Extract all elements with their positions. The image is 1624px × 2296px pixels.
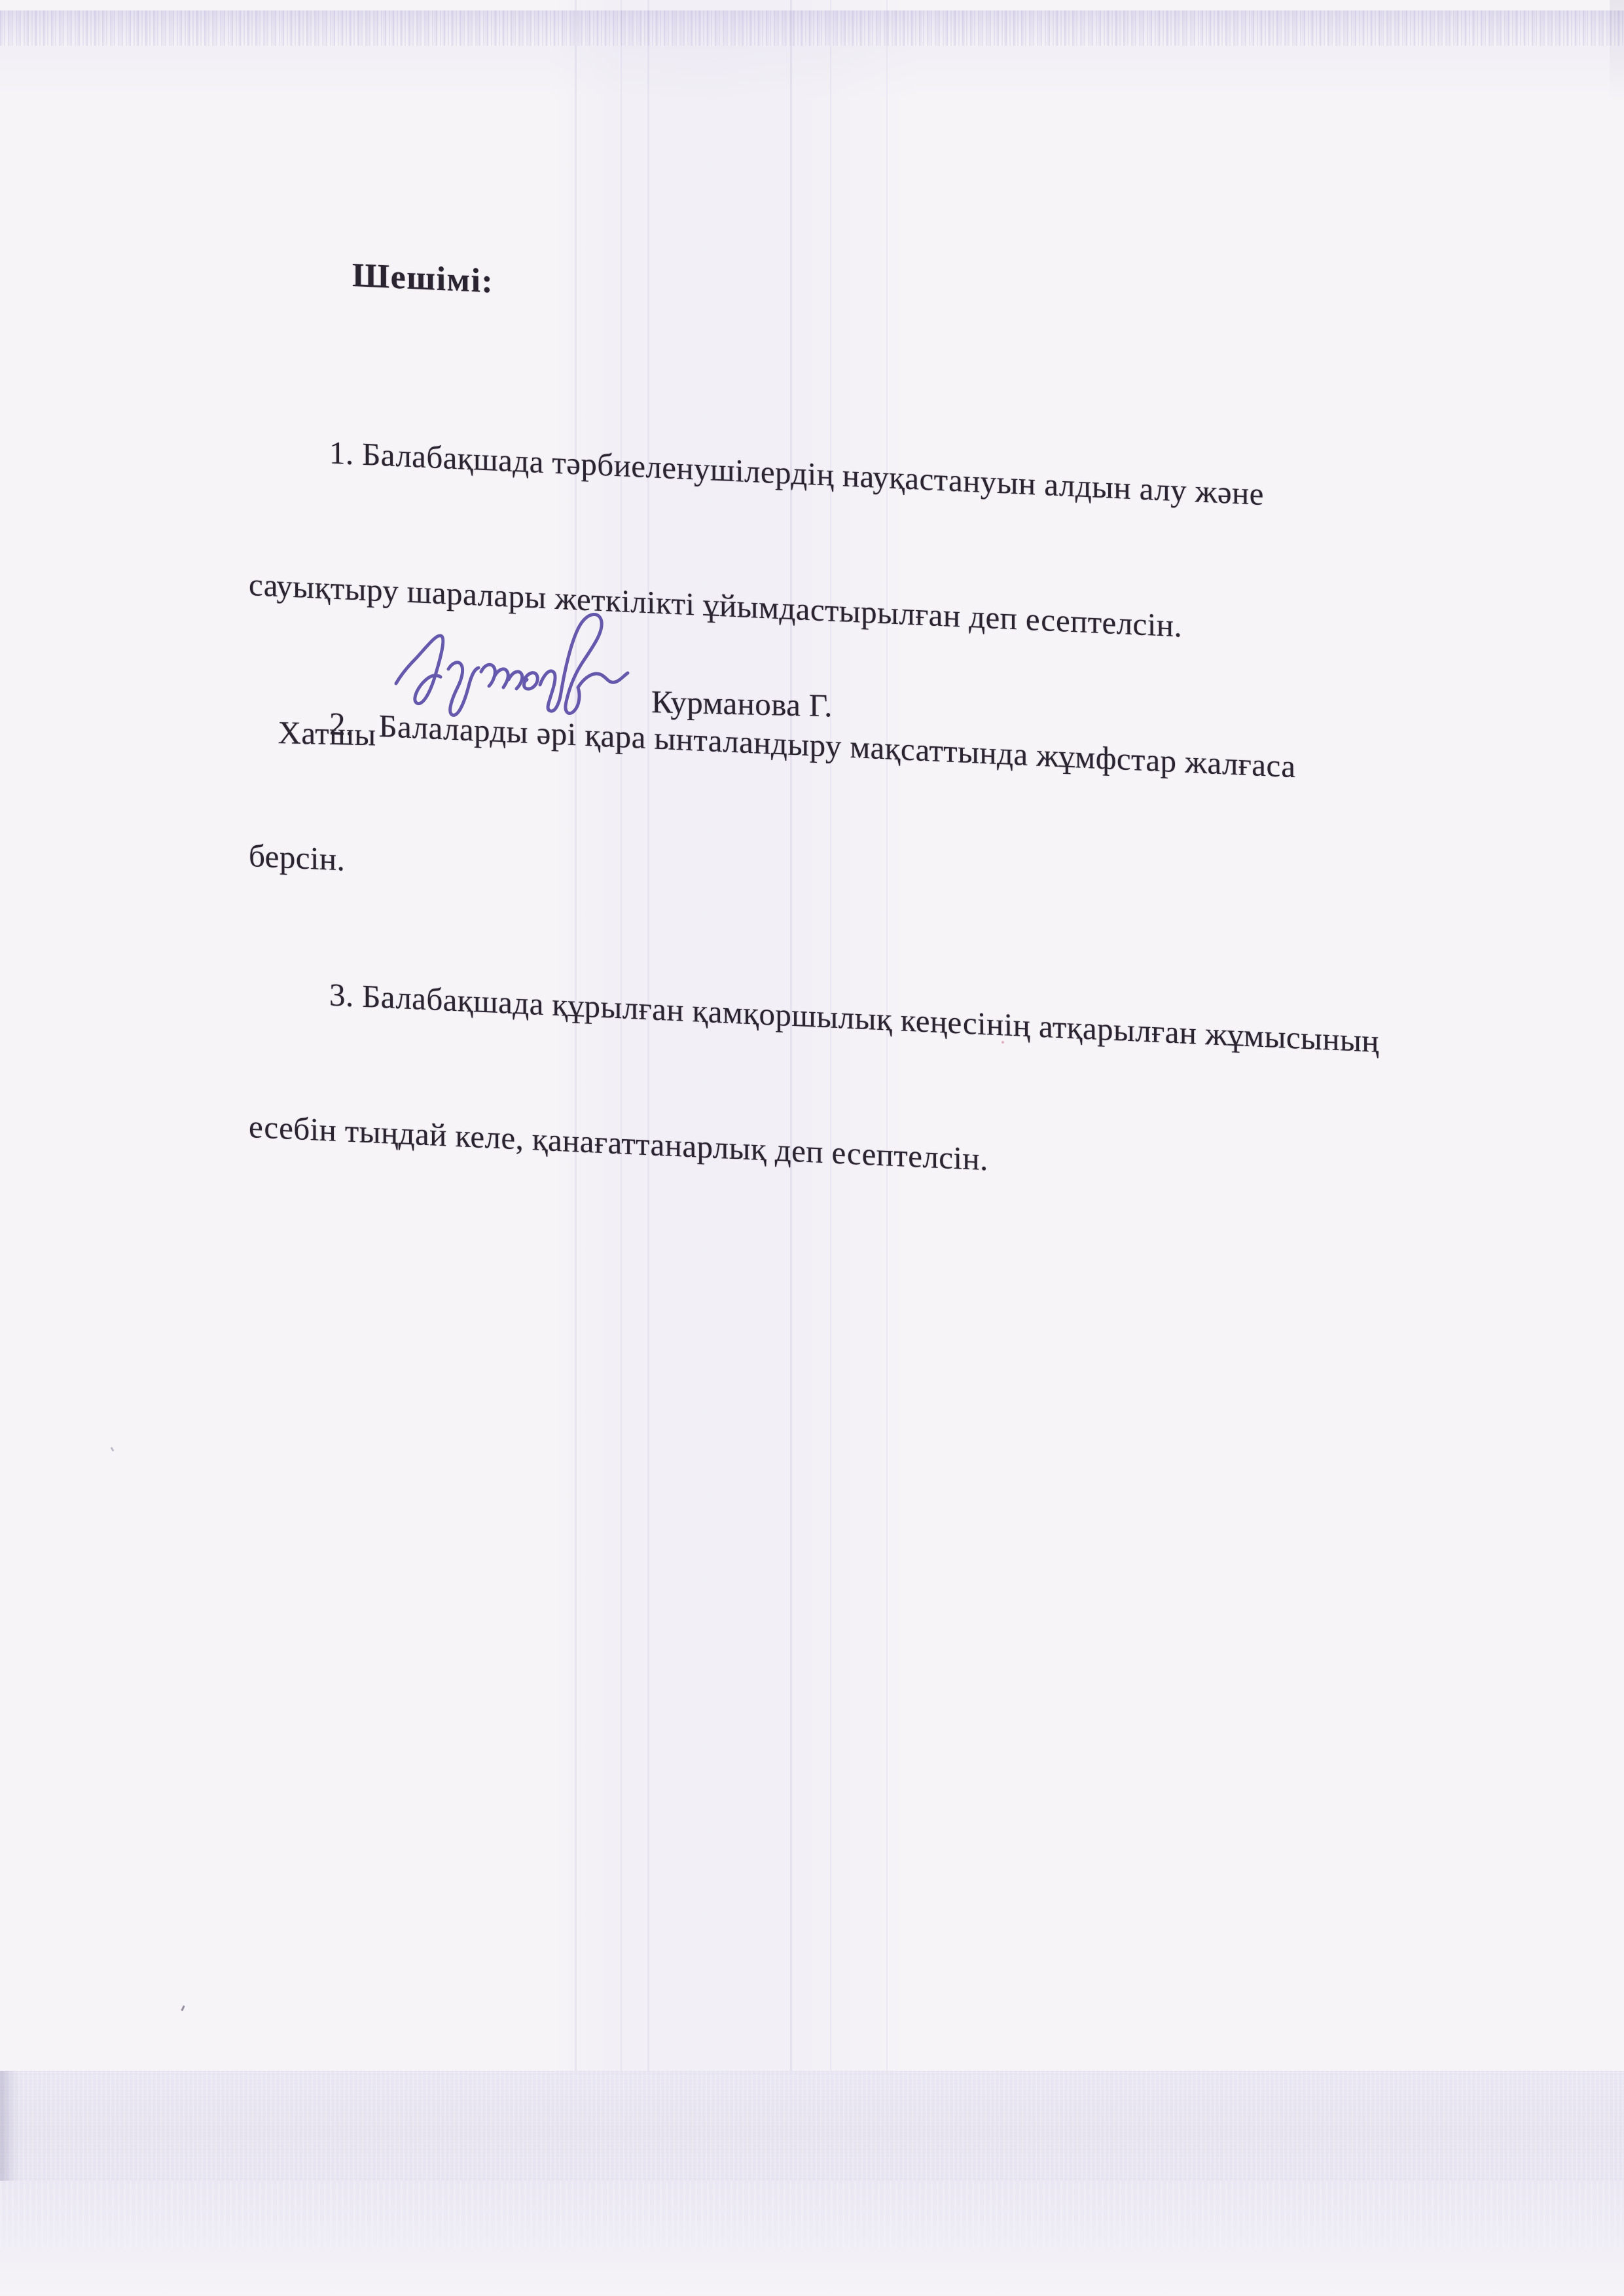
signer-role-label: Хатшы — [278, 714, 376, 752]
section-heading: Шешімі: — [352, 257, 1545, 348]
scan-speck — [181, 2005, 185, 2011]
scan-artifact-bottom-band-secondary — [0, 2181, 1624, 2248]
scan-artifact-bottom-fade — [0, 2248, 1624, 2296]
signer-name: Курманова Г. — [651, 682, 833, 725]
decision-item-3-line-1: 3. Балабақшада құрылған қамқоршылық кеңе… — [249, 968, 1545, 1071]
decision-item-1-line-1: 1. Балабақшада тәрбиеленушілердің науқас… — [249, 426, 1545, 529]
signature — [388, 606, 631, 723]
decision-item-2-line-2: берсін. — [249, 833, 1545, 936]
scan-artifact-right-smudge — [1610, 0, 1624, 105]
scan-speck — [110, 1447, 114, 1452]
scan-artifact-bottom-band — [0, 2071, 1624, 2181]
decision-item-3-line-2: есебін тыңдай келе, қанағаттанарлық деп … — [249, 1104, 1545, 1207]
